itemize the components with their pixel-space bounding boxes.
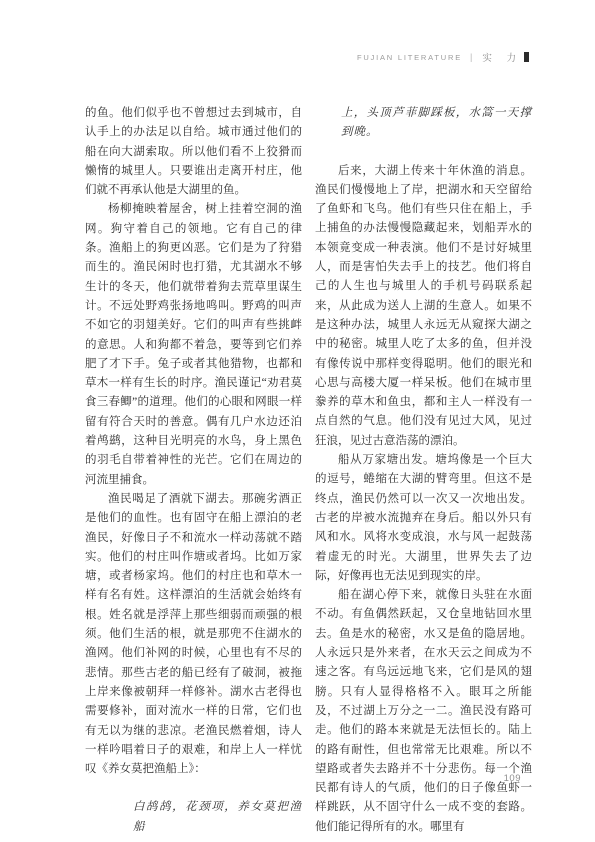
magazine-page: FUJIAN LITERATURE | 实 力 的鱼。他们似乎也不曾想过去到城市… <box>0 0 595 842</box>
right-column: 上，头顶芦菲脚踩板，水篙一天撑到晚。 后来，大湖上传来十年休渔的消息。渔民们慢慢… <box>315 104 532 837</box>
paragraph-continuation: 的鱼。他们似乎也不曾想过去到城市，自认手上的办法足以自给。城市通过他们的船在向大… <box>85 104 302 200</box>
left-column: 的鱼。他们似乎也不曾想过去到城市，自认手上的办法足以自给。城市通过他们的船在向大… <box>85 104 302 837</box>
header-separator: | <box>470 52 474 62</box>
paragraph: 船在湖心停下来，就像日头驻在水面不动。有鱼偶然跃起，又仓皇地钻回水里去。鱼是水的… <box>315 586 532 837</box>
paragraph: 船从万家塘出发。塘坞像是一个巨大的逗号，蜷缩在大湖的臂弯里。但这不是终点，渔民仍… <box>315 451 532 586</box>
text-columns: 的鱼。他们似乎也不曾想过去到城市，自认手上的办法足以自给。城市通过他们的船在向大… <box>85 104 532 837</box>
section-title: 实 力 <box>482 50 522 64</box>
running-head: FUJIAN LITERATURE | 实 力 <box>357 50 529 64</box>
paragraph: 后来，大湖上传来十年休渔的消息。渔民们慢慢地上了岸，把湖水和天空留给了鱼虾和飞鸟… <box>315 162 532 451</box>
folk-song-verse-continuation: 上，头顶芦菲脚踩板，水篙一天撑到晚。 <box>315 104 532 143</box>
paragraph: 杨柳掩映着屋舍，树上挂着空洞的渔网。狗守着自己的领地。它有自己的律条。渔船上的狗… <box>85 200 302 489</box>
journal-title: FUJIAN LITERATURE <box>357 53 462 62</box>
folk-song-verse: 白鸪鸪，花颈项，养女莫把渔船 <box>85 798 302 837</box>
page-number: 109 <box>504 773 521 784</box>
header-block-icon <box>524 52 529 62</box>
paragraph: 渔民喝足了酒就下湖去。那碗劣酒正是他们的血性。也有固守在船上漂泊的老渔民，好像日… <box>85 490 302 779</box>
